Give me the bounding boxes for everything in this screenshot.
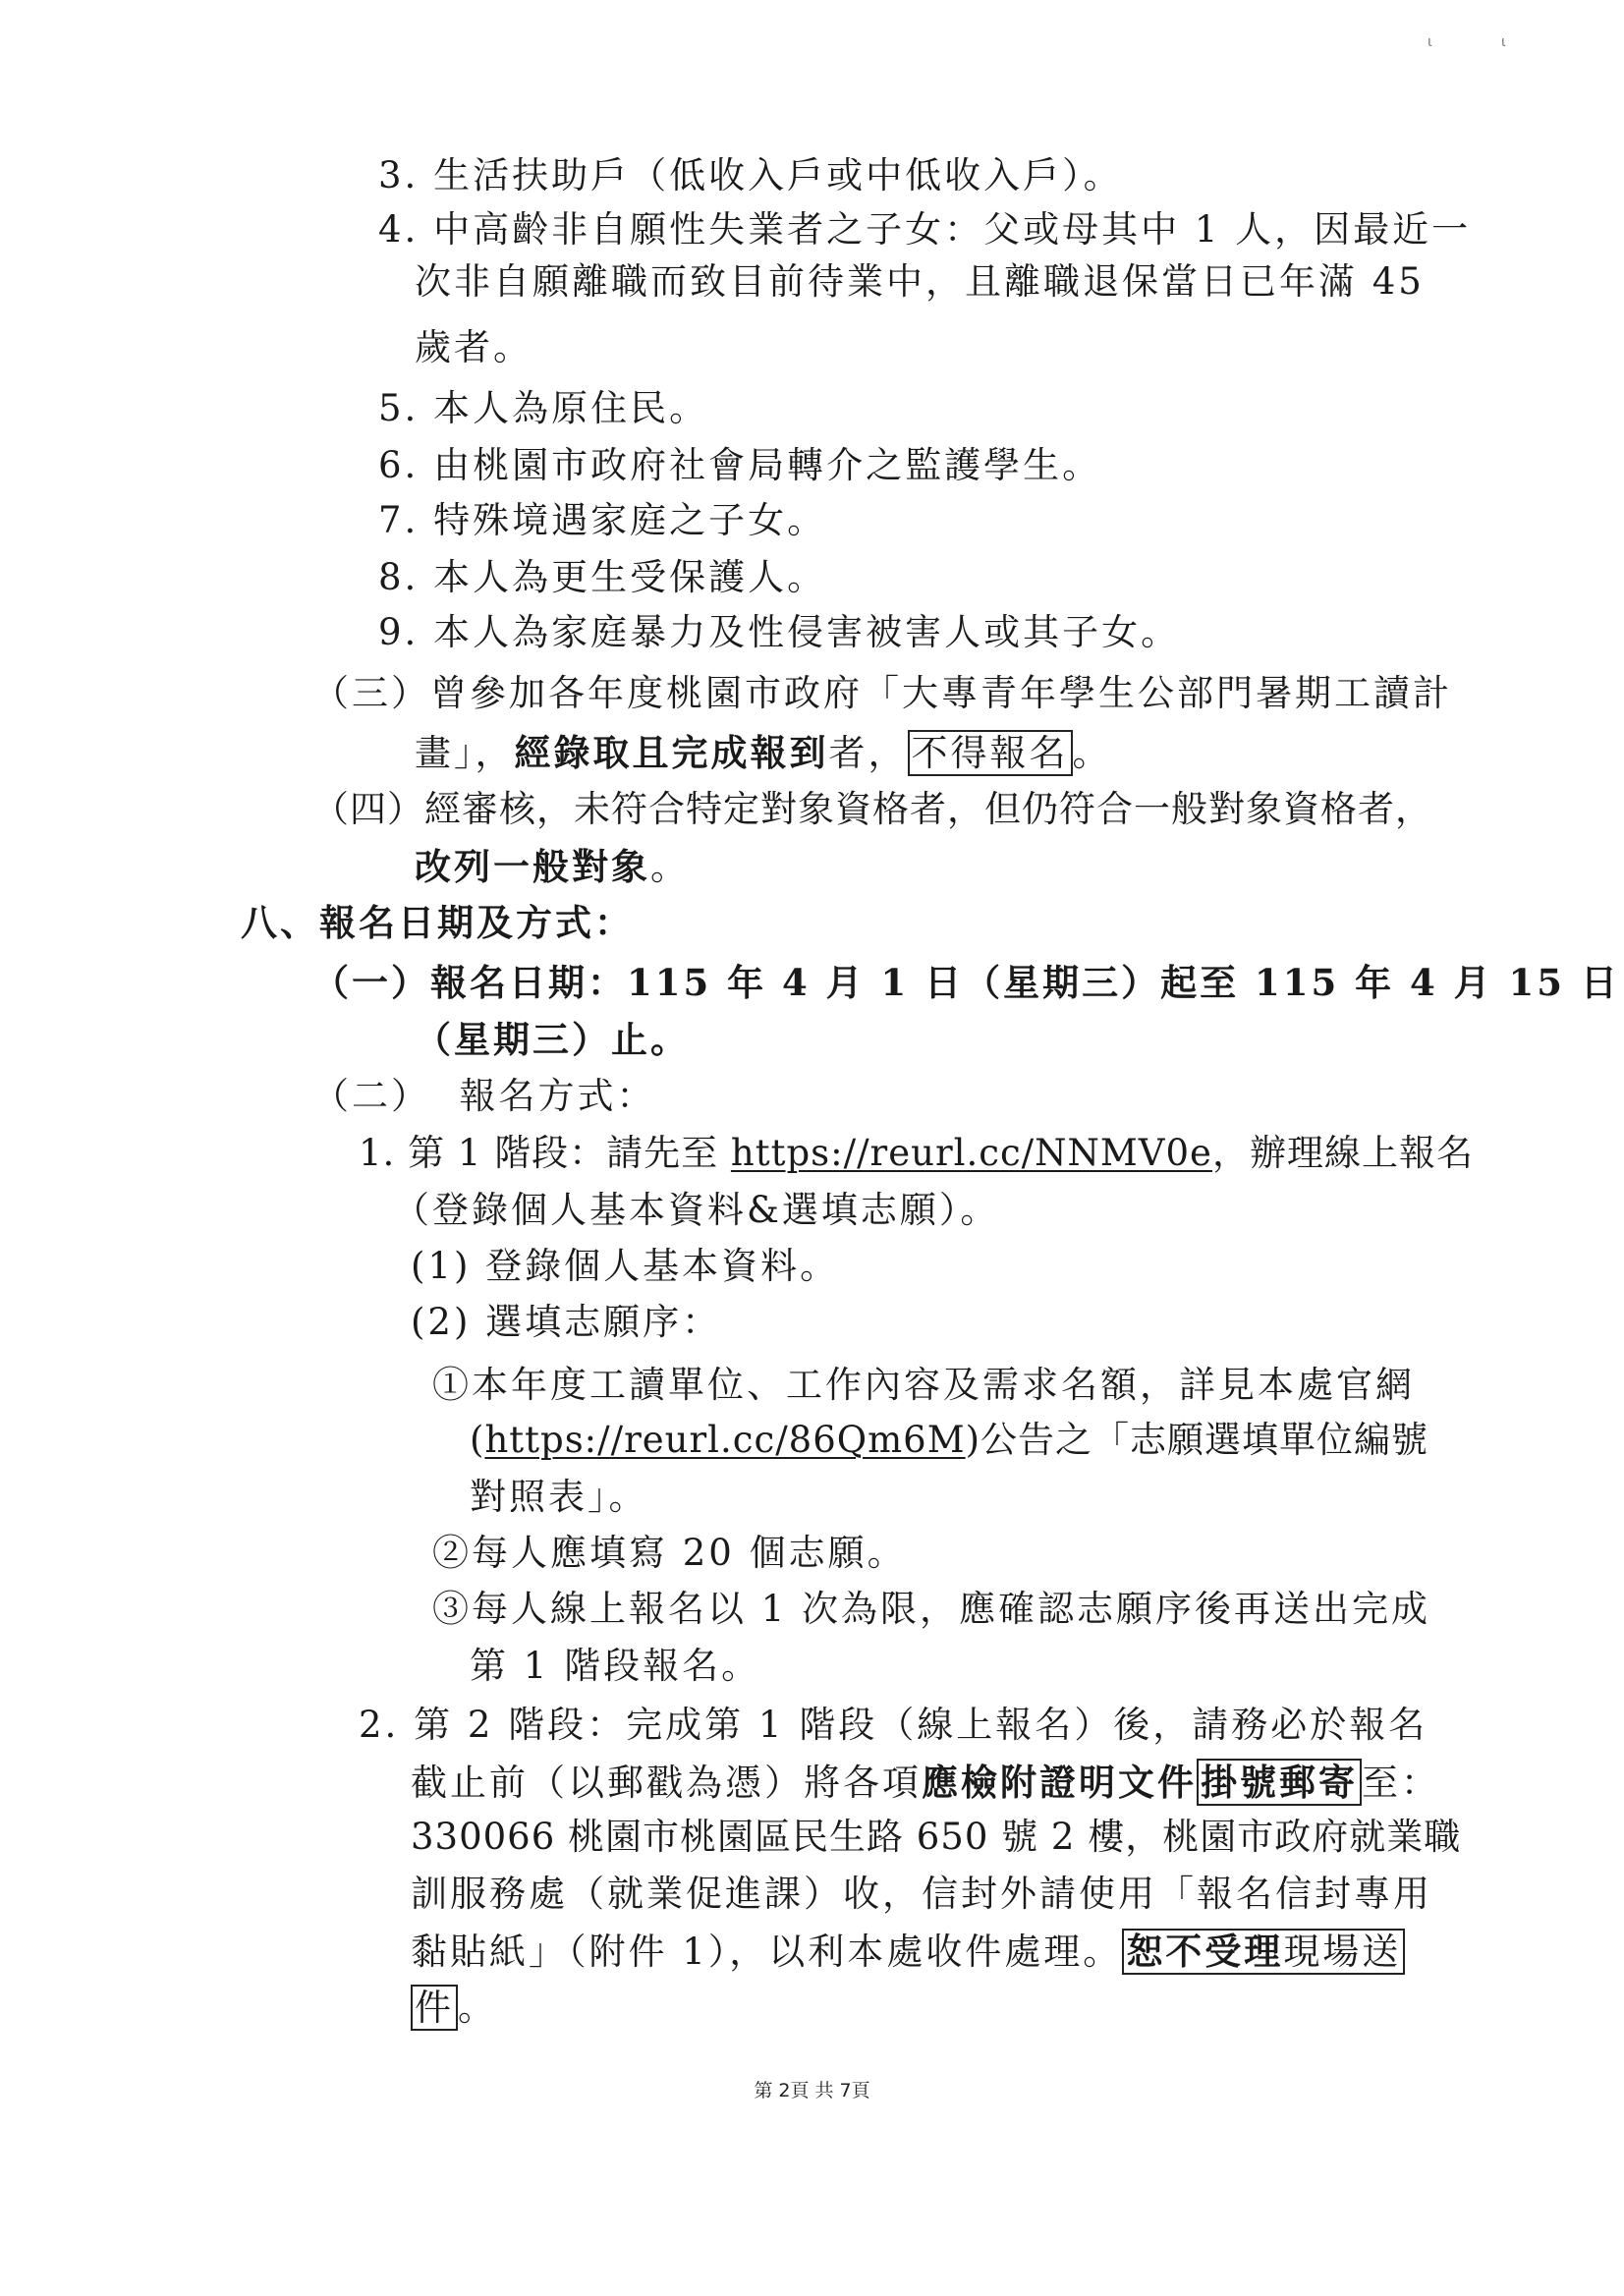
stage-1-continuation: （登錄個人基本資料&選填志願）。 bbox=[393, 1187, 999, 1234]
emphasis-text: 改列一般對象 bbox=[415, 845, 650, 888]
clause-marker: （三） bbox=[312, 672, 430, 714]
boxed-notice: 件 bbox=[411, 1985, 458, 2031]
item-number: 3. bbox=[378, 154, 419, 196]
punctuation: 。 bbox=[1073, 732, 1112, 774]
list-item: 5. 本人為原住民。 bbox=[378, 385, 708, 432]
item-text: 生活扶助戶（低收入戶或中低收入戶）。 bbox=[433, 154, 1123, 196]
choice-note-3: ③每人線上報名以 1 次為限，應確認志願序後再送出完成 bbox=[432, 1586, 1430, 1633]
stage-text: ，辦理線上報名 bbox=[1212, 1132, 1474, 1174]
unit-list-link[interactable]: https://reurl.cc/86Qm6M bbox=[484, 1419, 965, 1461]
item-number: 5. bbox=[378, 387, 419, 429]
mailing-address: 330066 桃園市桃園區民生路 650 號 2 樓，桃園市政府就業職 bbox=[411, 1814, 1461, 1861]
clause-text: 畫」， bbox=[415, 732, 515, 774]
boxed-notice: 掛號郵寄 bbox=[1197, 1759, 1362, 1806]
clause-text: 者， bbox=[829, 732, 908, 774]
item-number: 6. bbox=[378, 444, 419, 486]
item-number: 7. bbox=[378, 499, 419, 541]
item-number: 1. bbox=[359, 1132, 395, 1174]
stage-2-continuation: 截止前（以郵戳為憑）將各項應檢附證明文件掛號郵寄至： bbox=[411, 1759, 1440, 1807]
punctuation: 。 bbox=[458, 1987, 497, 2029]
item-number: 4. bbox=[378, 208, 419, 251]
page-number: 第 2頁 共 7頁 bbox=[0, 2076, 1624, 2102]
clause-text: 經審核，未符合特定對象資格者，但仍符合一般對象資格者， bbox=[424, 788, 1432, 830]
clause-3-continuation: 畫」，經錄取且完成報到者，不得報名。 bbox=[415, 729, 1112, 777]
item-number: 8. bbox=[378, 556, 419, 598]
item-text: 本人為原住民。 bbox=[433, 387, 708, 429]
item-text: 中高齡非自願性失業者之子女：父或母其中 1 人，因最近一 bbox=[433, 208, 1471, 251]
list-item: 7. 特殊境遇家庭之子女。 bbox=[378, 497, 826, 544]
emphasis-text: 應檢附證明文件 bbox=[922, 1761, 1197, 1804]
registration-method-item: （二） 報名方式： bbox=[312, 1073, 656, 1120]
open-paren: ( bbox=[470, 1419, 484, 1461]
stage-2-continuation: 訓服務處（就業促進課）收，信封外請使用「報名信封專用 bbox=[411, 1871, 1432, 1918]
item-number: 2. bbox=[359, 1704, 399, 1746]
sub-step-2: (2) 選填志願序： bbox=[411, 1299, 721, 1346]
item-text: 本人為更生受保護人。 bbox=[433, 556, 826, 598]
item-label: 報名方式： bbox=[460, 1075, 656, 1117]
stage-text: 第 1 階段：請先至 bbox=[408, 1132, 731, 1174]
stage-text: 至： bbox=[1362, 1762, 1440, 1804]
stage-2: 2. 第 2 階段：完成第 1 階段（線上報名）後，請務必於報名 bbox=[359, 1702, 1428, 1749]
stage-2-continuation: 件。 bbox=[411, 1985, 497, 2032]
list-item: 9. 本人為家庭暴力及性侵害被害人或其子女。 bbox=[378, 609, 1180, 656]
punctuation: 。 bbox=[650, 846, 690, 888]
clause-marker: （二） bbox=[312, 1075, 430, 1117]
registration-date-item: （一）報名日期：115 年 4 月 1 日（星期三）起至 115 年 4 月 1… bbox=[312, 959, 1620, 1007]
section-heading: 八、報名日期及方式： bbox=[241, 899, 634, 946]
choice-note-2: ②每人應填寫 20 個志願。 bbox=[432, 1530, 907, 1577]
item-text: 特殊境遇家庭之子女。 bbox=[433, 499, 826, 541]
clause-4-continuation: 改列一般對象。 bbox=[415, 843, 690, 891]
choice-note-1-continuation: (https://reurl.cc/86Qm6M)公告之「志願選填單位編號 bbox=[470, 1417, 1428, 1464]
list-item: 6. 由桃園市政府社會局轉介之監護學生。 bbox=[378, 442, 1101, 489]
stage-1: 1. 第 1 階段：請先至 https://reurl.cc/NNMV0e，辦理… bbox=[359, 1130, 1474, 1177]
item-number: 9. bbox=[378, 611, 419, 653]
note-text: )公告之「志願選填單位編號 bbox=[966, 1419, 1428, 1461]
sub-step-1: (1) 登錄個人基本資料。 bbox=[411, 1243, 839, 1290]
choice-note-1-continuation: 對照表」。 bbox=[470, 1474, 648, 1521]
list-item-continuation: 次非自願離職而致目前待業中，且離職退保當日已年滿 45 bbox=[415, 258, 1425, 306]
clause-3: （三）曾參加各年度桃園市政府「大專青年學生公部門暑期工讀計 bbox=[312, 670, 1452, 717]
stage-2-continuation: 黏貼紙」（附件 1），以利本處收件處理。恕不受理現場送 bbox=[411, 1928, 1405, 1976]
boxed-notice: 恕不受理現場送 bbox=[1122, 1929, 1405, 1975]
clause-marker: （四） bbox=[312, 788, 424, 830]
scan-artifact: ι bbox=[1501, 34, 1506, 50]
stage-text: 截止前（以郵戳為憑）將各項 bbox=[411, 1762, 922, 1804]
date-range: 115 年 4 月 1 日（星期三）起至 115 年 4 月 15 日 bbox=[627, 961, 1620, 1004]
list-item: 8. 本人為更生受保護人。 bbox=[378, 554, 826, 601]
emphasis-text: 恕不受理 bbox=[1126, 1930, 1283, 1973]
boxed-notice: 不得報名 bbox=[908, 730, 1073, 776]
choice-note-1: ①本年度工讀單位、工作內容及需求名額，詳見本處官網 bbox=[432, 1362, 1415, 1409]
clause-4: （四）經審核，未符合特定對象資格者，但仍符合一般對象資格者， bbox=[312, 786, 1432, 833]
stage-text: 黏貼紙」（附件 1），以利本處收件處理。 bbox=[411, 1931, 1122, 1973]
item-label: 報名日期： bbox=[430, 961, 627, 1004]
stage-text: 第 2 階段：完成第 1 階段（線上報名）後，請務必於報名 bbox=[414, 1704, 1428, 1746]
notice-text: 現場送 bbox=[1283, 1931, 1401, 1973]
clause-text: 曾參加各年度桃園市政府「大專青年學生公部門暑期工讀計 bbox=[430, 672, 1452, 714]
item-text: 本人為家庭暴力及性侵害被害人或其子女。 bbox=[433, 611, 1180, 653]
choice-note-3-continuation: 第 1 階段報名。 bbox=[470, 1643, 760, 1690]
emphasis-text: 經錄取且完成報到 bbox=[515, 731, 829, 774]
date-range-continuation: （星期三）止。 bbox=[415, 1016, 690, 1063]
clause-marker: （一） bbox=[312, 961, 430, 1004]
registration-link[interactable]: https://reurl.cc/NNMV0e bbox=[731, 1132, 1212, 1174]
list-item-continuation: 歲者。 bbox=[415, 324, 532, 371]
list-item: 3. 生活扶助戶（低收入戶或中低收入戶）。 bbox=[378, 152, 1123, 199]
scan-artifact: ι bbox=[1428, 34, 1432, 50]
item-text: 由桃園市政府社會局轉介之監護學生。 bbox=[433, 444, 1101, 486]
list-item: 4. 中高齡非自願性失業者之子女：父或母其中 1 人，因最近一 bbox=[378, 206, 1471, 253]
